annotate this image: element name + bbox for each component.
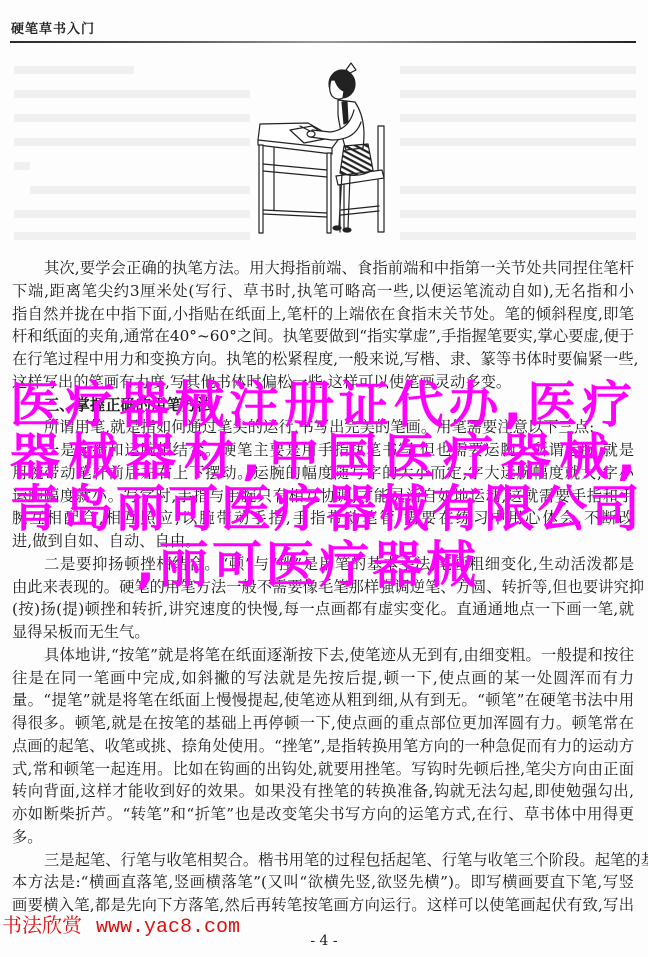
watermark-site-name: 书法欣赏 <box>2 913 82 937</box>
text-line: 量。“提笔”就是将笔在纸面上慢慢提起,使笔迹从粗到细,从有到无。“顿笔”在硬笔书… <box>12 689 634 712</box>
text-line: 三是起笔、行笔与收笔相契合。楷书用笔的过程包括起笔、行笔与收笔三个阶段。起笔的基 <box>12 849 634 872</box>
site-watermark: 书法欣赏www.yac8.com <box>2 913 240 940</box>
girl-writing-at-desk-illustration <box>250 60 400 240</box>
text-line: 往是在同一笔画中完成,如斜撇的写法就是先按后提,顿一下,使点画的某一处圆浑而有力 <box>12 667 634 690</box>
text-line: (按)扬(提)顿挫和转折,讲究速度的快慢,每一点画都有虚实变化。直通通地点一下画… <box>12 598 634 621</box>
text-line: 点画的起笔、收笔或挑、捺角处使用。“挫笔”,是指转换用笔方向的一种急促而有力的运… <box>12 735 634 758</box>
text-line: 杆和纸面的夹角,通常在40°~60°之间。执笔要做到“指实掌虚”,手指握笔要实,… <box>12 325 634 348</box>
text-line: 转向背面,这样才能收到好的效果。如果没有挫笔的转换准备,钩就无法勾起,即使勉强勾… <box>12 780 634 803</box>
text-line: 显得呆板而无生气。 <box>12 621 634 644</box>
text-line: 具体地讲,“按笔”就是将笔在纸面逐渐按下去,使笔迹从无到有,由细变粗。一般提和按… <box>12 644 634 667</box>
text-line: 指自然并拢在中指下面,小指贴在纸面上,笔杆的上端依在食指末关节处。笔的倾斜程度,… <box>12 303 634 326</box>
text-line: 本方法是:“横画直落笔,竖画横落笔”(又叫“欲横先竖,欲竖先横”)。即写横画要直… <box>12 871 634 894</box>
watermark-url: www.yac8.com <box>96 916 240 939</box>
text-line: 下端,距离笔尖约3厘米处(写行、草书时,执笔可略高一些,以便运笔流动自如),无名… <box>12 280 634 303</box>
text-line: 亦如断柴折芦。“转笔”和“折笔”也是改变笔尖书写方向的运笔方式,在行、草书体中用… <box>12 803 634 826</box>
text-line: 得很多。顿笔,就是在按笔的基础上再停顿一下,使点画的重点部位更加浑圆有力。顿笔常… <box>12 712 634 735</box>
overlay-line: 青岛丽可医疗器械有限公司 <box>10 484 640 534</box>
overlay-line: 器械器材,中国医疗器械, <box>10 432 636 482</box>
overlay-line: ,丽可医疗器械 <box>136 540 476 590</box>
book-title-header: 硬笔草书入门 <box>11 18 95 37</box>
text-line: 其次,要学会正确的执笔方法。用大拇指前端、食指前端和中指第一关节处共同捏住笔杆 <box>12 257 634 280</box>
header-divider <box>10 41 636 43</box>
girl-figure-icon <box>300 63 373 232</box>
overlay-line: 医疗器械注册证代办,医疗 <box>10 380 632 430</box>
text-line: 在行笔过程中用力和变换方向。执笔的松紧程度,一般来说,写楷、隶、篆等书体时要偏紧… <box>12 348 634 371</box>
text-line: 式,常和顿笔一起连用。比如在钩画的出钩处,就要用挫笔。写钩时先顿后挫,笔尖方向由… <box>12 758 634 781</box>
text-line: 多。 <box>12 826 634 849</box>
